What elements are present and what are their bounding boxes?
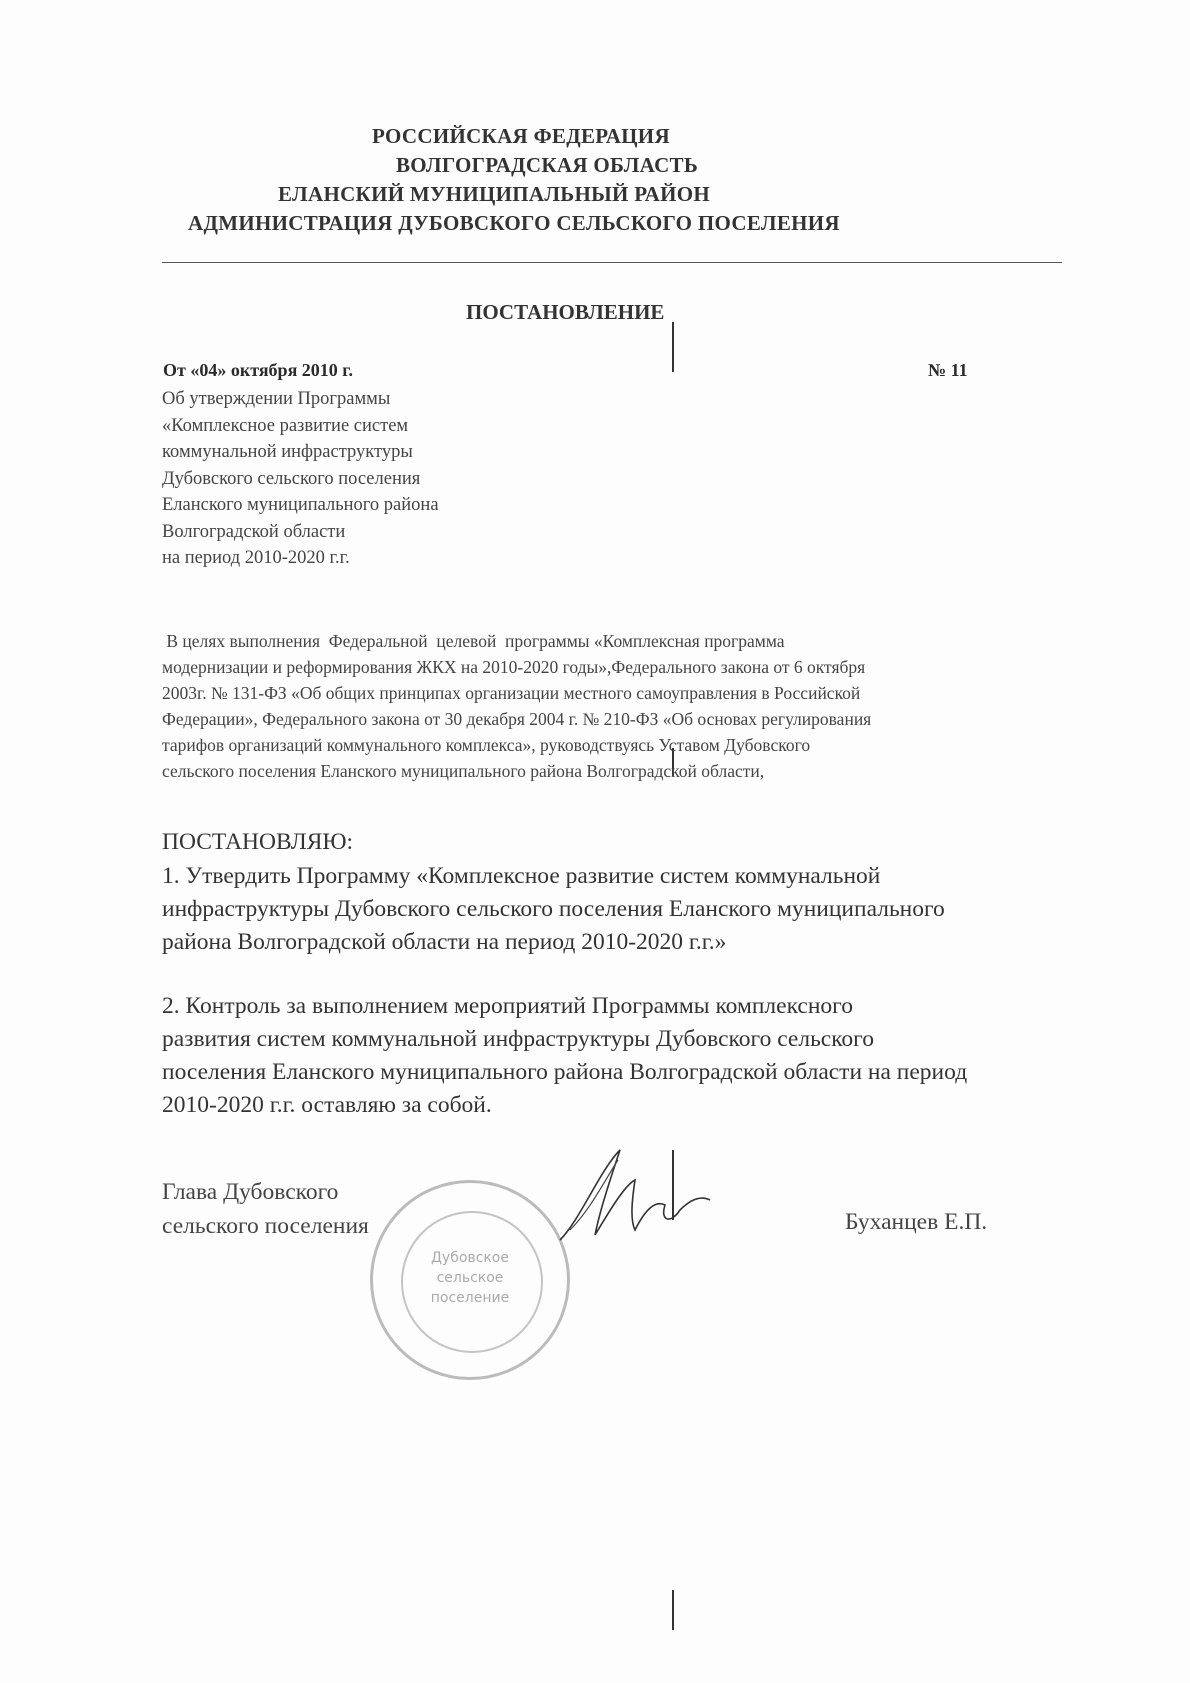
subject-line: на период 2010-2020 г.г.	[162, 545, 439, 572]
preamble-line: Федерации», Федерального закона от 30 де…	[162, 706, 871, 732]
subject-line: Об утверждении Программы	[162, 386, 439, 413]
preamble-line: модернизации и реформирования ЖКХ на 201…	[162, 654, 871, 680]
preamble-line: 2003г. № 131-ФЗ «Об общих принципах орга…	[162, 680, 871, 706]
position-line: Глава Дубовского	[162, 1175, 369, 1209]
fold-mark	[672, 322, 674, 372]
subject-line: Волгоградской области	[162, 519, 439, 546]
header-line-3: ЕЛАНСКИЙ МУНИЦИПАЛЬНЫЙ РАЙОН	[278, 182, 710, 207]
subject-line: коммунальной инфраструктуры	[162, 439, 439, 466]
item-line: 1. Утвердить Программу «Комплексное разв…	[162, 860, 945, 893]
header-line-1: РОССИЙСКАЯ ФЕДЕРАЦИЯ	[372, 124, 670, 149]
preamble-line: В целях выполнения Федеральной целевой п…	[162, 628, 871, 654]
handwritten-signature	[540, 1140, 720, 1250]
subject-line: Еланского муниципального района	[162, 492, 439, 519]
signatory-name: Буханцев Е.П.	[845, 1209, 987, 1236]
preamble-line: тарифов организаций коммунального компле…	[162, 732, 871, 758]
document-type-title: ПОСТАНОВЛЕНИЕ	[466, 300, 664, 325]
preamble-line: сельского поселения Еланского муниципаль…	[162, 758, 871, 784]
subject-block: Об утверждении Программы «Комплексное ра…	[162, 386, 439, 572]
header-line-4: АДМИНИСТРАЦИЯ ДУБОВСКОГО СЕЛЬСКОГО ПОСЕЛ…	[188, 211, 840, 236]
fold-mark	[672, 1590, 674, 1630]
item-line: поселения Еланского муниципального район…	[162, 1056, 967, 1089]
subject-line: «Комплексное развитие систем	[162, 413, 439, 440]
resolution-item-2: 2. Контроль за выполнением мероприятий П…	[162, 990, 967, 1122]
item-line: развития систем коммунальной инфраструкт…	[162, 1023, 967, 1056]
stamp-text: Дубовское сельское поселение	[373, 1248, 567, 1308]
preamble-paragraph: В целях выполнения Федеральной целевой п…	[162, 628, 871, 784]
item-line: инфраструктуры Дубовского сельского посе…	[162, 893, 945, 926]
document-date: От «04» октября 2010 г.	[163, 360, 353, 381]
item-line: 2010-2020 г.г. оставляю за собой.	[162, 1089, 967, 1122]
document-number: № 11	[928, 360, 968, 381]
item-line: 2. Контроль за выполнением мероприятий П…	[162, 990, 967, 1023]
resolution-item-1: 1. Утвердить Программу «Комплексное разв…	[162, 860, 945, 959]
signatory-position: Глава Дубовского сельского поселения	[162, 1175, 369, 1243]
resolve-heading: ПОСТАНОВЛЯЮ:	[162, 826, 353, 859]
header-line-2: ВОЛГОГРАДСКАЯ ОБЛАСТЬ	[396, 153, 698, 178]
header-divider	[162, 262, 1062, 263]
subject-line: Дубовского сельского поселения	[162, 466, 439, 493]
position-line: сельского поселения	[162, 1209, 369, 1243]
item-line: района Волгоградской области на период 2…	[162, 926, 945, 959]
